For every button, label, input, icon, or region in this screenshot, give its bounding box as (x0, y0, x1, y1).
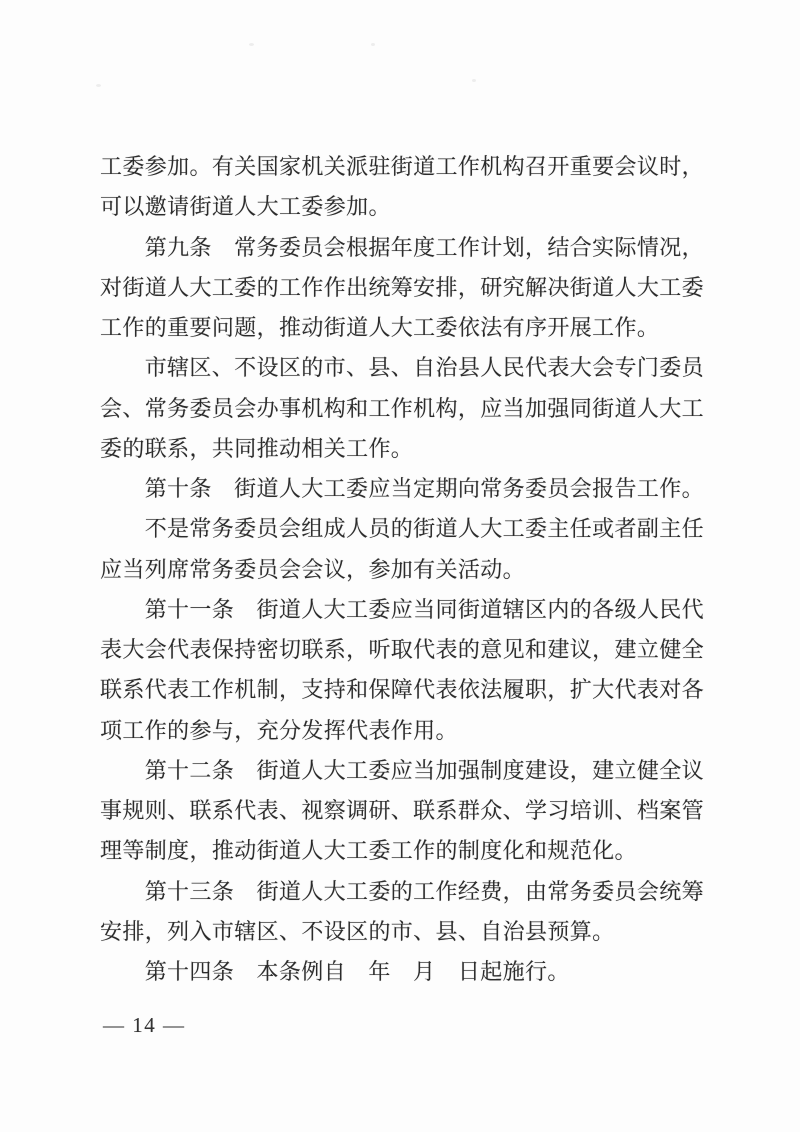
document-line: 不是常务委员会组成人员的街道人大工委主任或者副主任 (100, 509, 712, 549)
document-line: 联系代表工作机制，支持和保障代表依法履职，扩大代表对各 (100, 670, 712, 710)
document-line: 市辖区、不设区的市、县、自治县人民代表大会专门委员 (100, 348, 712, 388)
document-line: 第十条 街道人大工委应当定期向常务委员会报告工作。 (100, 469, 712, 509)
document-line: 工委参加。有关国家机关派驻街道工作机构召开重要会议时， (100, 147, 712, 187)
scan-speck (472, 79, 476, 82)
document-line: 第九条 常务委员会根据年度工作计划，结合实际情况， (100, 228, 712, 268)
document-line: 表大会代表保持密切联系，听取代表的意见和建议，建立健全 (100, 630, 712, 670)
document-line: 理等制度，推动街道人大工委工作的制度化和规范化。 (100, 831, 712, 871)
scan-speck (249, 43, 254, 46)
document-page: 工委参加。有关国家机关派驻街道工作机构召开重要会议时，可以邀请街道人大工委参加。… (0, 0, 800, 1132)
document-line: 安排，列入市辖区、不设区的市、县、自治县预算。 (100, 912, 712, 952)
document-line: 应当列席常务委员会会议，参加有关活动。 (100, 550, 712, 590)
document-line: 工作的重要问题，推动街道人大工委依法有序开展工作。 (100, 308, 712, 348)
document-line: 第十三条 街道人大工委的工作经费，由常务委员会统筹 (100, 872, 712, 912)
text-block: 工委参加。有关国家机关派驻街道工作机构召开重要会议时，可以邀请街道人大工委参加。… (100, 147, 712, 992)
document-line: 可以邀请街道人大工委参加。 (100, 187, 712, 227)
document-line: 第十四条 本条例自 年 月 日起施行。 (100, 952, 712, 992)
page-number: — 14 — (103, 1013, 186, 1038)
document-line: 第十一条 街道人大工委应当同街道辖区内的各级人民代 (100, 590, 712, 630)
scan-speck (96, 84, 101, 87)
document-line: 事规则、联系代表、视察调研、联系群众、学习培训、档案管 (100, 791, 712, 831)
document-line: 第十二条 街道人大工委应当加强制度建设，建立健全议 (100, 751, 712, 791)
document-line: 委的联系，共同推动相关工作。 (100, 429, 712, 469)
scan-speck (371, 43, 375, 46)
document-line: 会、常务委员会办事机构和工作机构，应当加强同街道人大工 (100, 389, 712, 429)
document-line: 项工作的参与，充分发挥代表作用。 (100, 711, 712, 751)
document-line: 对街道人大工委的工作作出统筹安排，研究解决街道人大工委 (100, 268, 712, 308)
